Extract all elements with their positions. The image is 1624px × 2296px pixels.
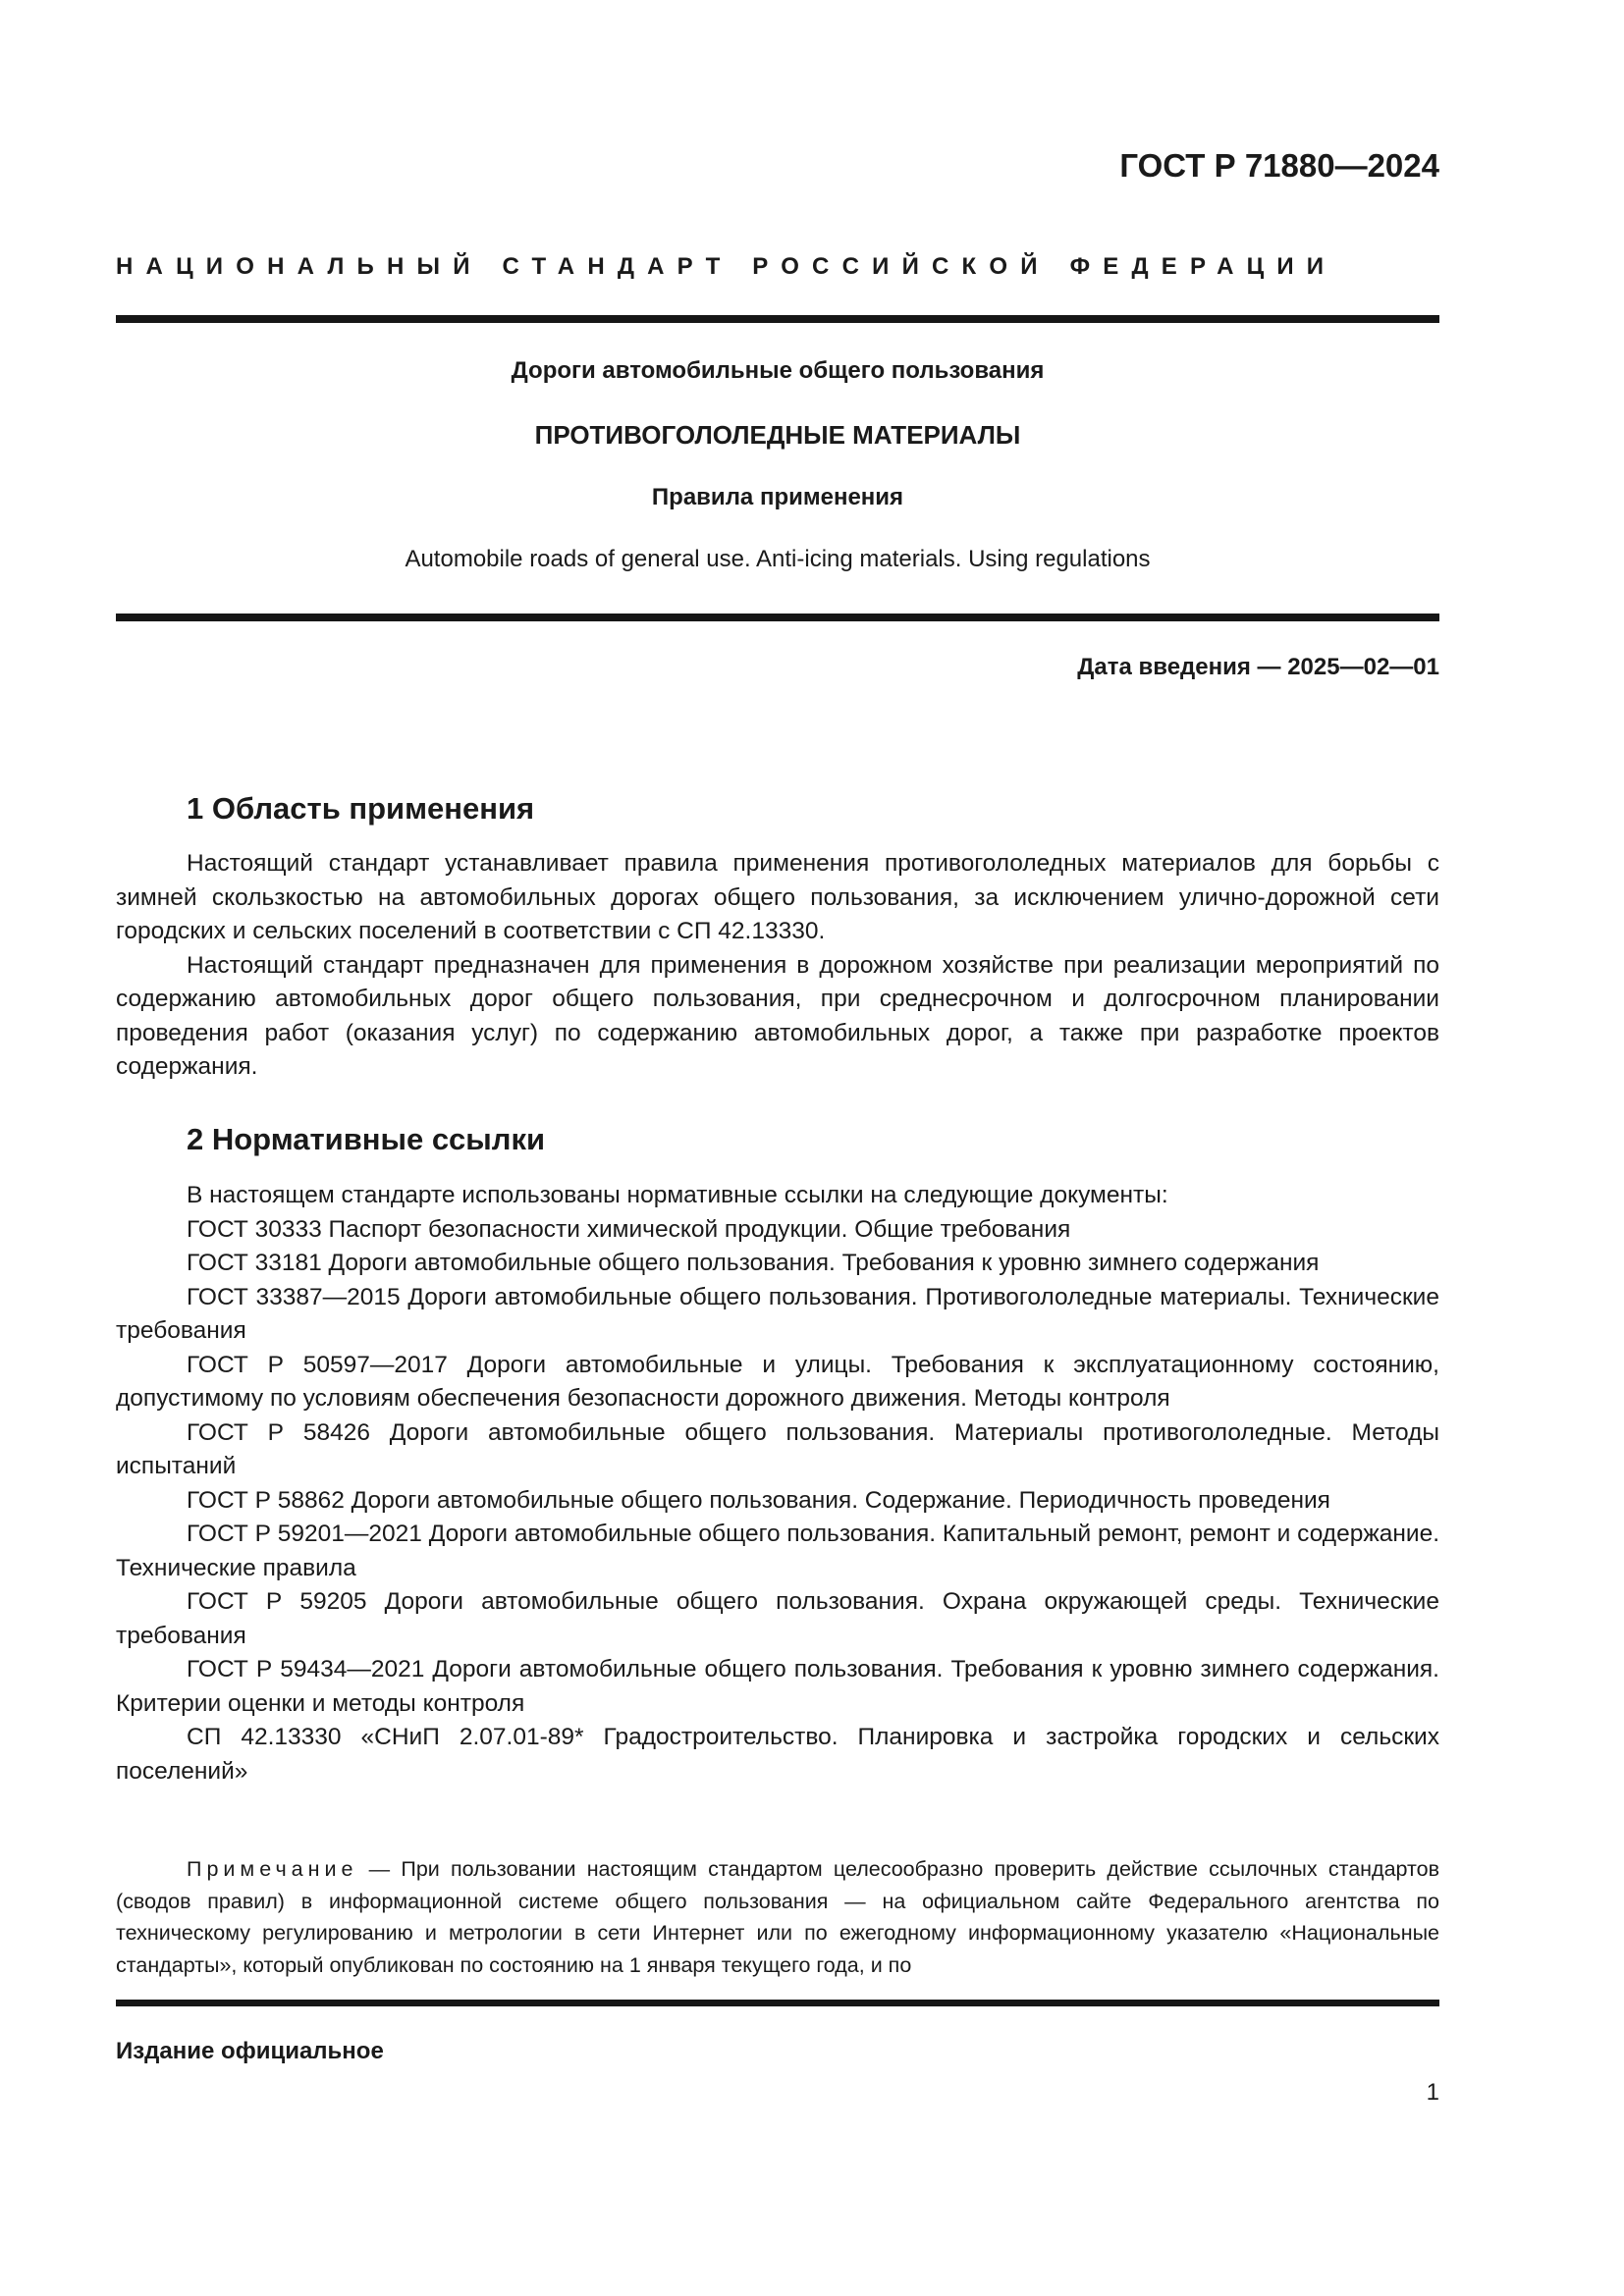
official-edition-label: Издание официальное: [116, 2038, 384, 2065]
section-1-paragraph: Настоящий стандарт предназначен для прим…: [116, 949, 1439, 1085]
title-block-bottom-rule: [116, 614, 1439, 621]
document-subtitle: Правила применения: [116, 484, 1439, 511]
section-1-paragraph: Настоящий стандарт устанавливает правила…: [116, 847, 1439, 949]
note-label: Примечание: [187, 1857, 357, 1881]
reference-item: ГОСТ Р 58426 Дороги автомобильные общего…: [116, 1416, 1439, 1484]
section-2-body: В настоящем стандарте использованы норма…: [116, 1179, 1439, 1789]
reference-item: ГОСТ 30333 Паспорт безопасности химическ…: [116, 1213, 1439, 1248]
national-standard-header: НАЦИОНАЛЬНЫЙ СТАНДАРТ РОССИЙСКОЙ ФЕДЕРАЦ…: [116, 253, 1439, 281]
page-number: 1: [1427, 2079, 1439, 2107]
document-main-title: ПРОТИВОГОЛОЛЕДНЫЕ МАТЕРИАЛЫ: [116, 420, 1439, 451]
reference-item: ГОСТ Р 59434—2021 Дороги автомобильные о…: [116, 1653, 1439, 1721]
reference-item: СП 42.13330 «СНиП 2.07.01-89* Градострои…: [116, 1721, 1439, 1789]
english-title: Automobile roads of general use. Anti-ic…: [116, 546, 1439, 573]
reference-item: ГОСТ Р 59205 Дороги автомобильные общего…: [116, 1585, 1439, 1653]
section-2-heading: 2 Нормативные ссылки: [187, 1122, 545, 1157]
footer-rule-divider: [116, 2000, 1439, 2006]
reference-item: ГОСТ 33181 Дороги автомобильные общего п…: [116, 1247, 1439, 1281]
top-rule-divider: [116, 315, 1439, 323]
reference-item: ГОСТ 33387—2015 Дороги автомобильные общ…: [116, 1281, 1439, 1349]
document-code: ГОСТ Р 71880—2024: [1119, 147, 1439, 185]
introduction-date: Дата введения — 2025—02—01: [1077, 654, 1439, 681]
note-paragraph: Примечание — При пользовании настоящим с…: [116, 1853, 1439, 1981]
reference-item: ГОСТ Р 58862 Дороги автомобильные общего…: [116, 1484, 1439, 1519]
reference-item: ГОСТ Р 50597—2017 Дороги автомобильные и…: [116, 1349, 1439, 1416]
section-1-body: Настоящий стандарт устанавливает правила…: [116, 847, 1439, 1085]
document-group-title: Дороги автомобильные общего пользования: [116, 357, 1439, 385]
references-intro: В настоящем стандарте использованы норма…: [116, 1179, 1439, 1213]
section-1-heading: 1 Область применения: [187, 791, 534, 827]
reference-item: ГОСТ Р 59201—2021 Дороги автомобильные о…: [116, 1518, 1439, 1585]
note-block: Примечание — При пользовании настоящим с…: [116, 1853, 1439, 1981]
